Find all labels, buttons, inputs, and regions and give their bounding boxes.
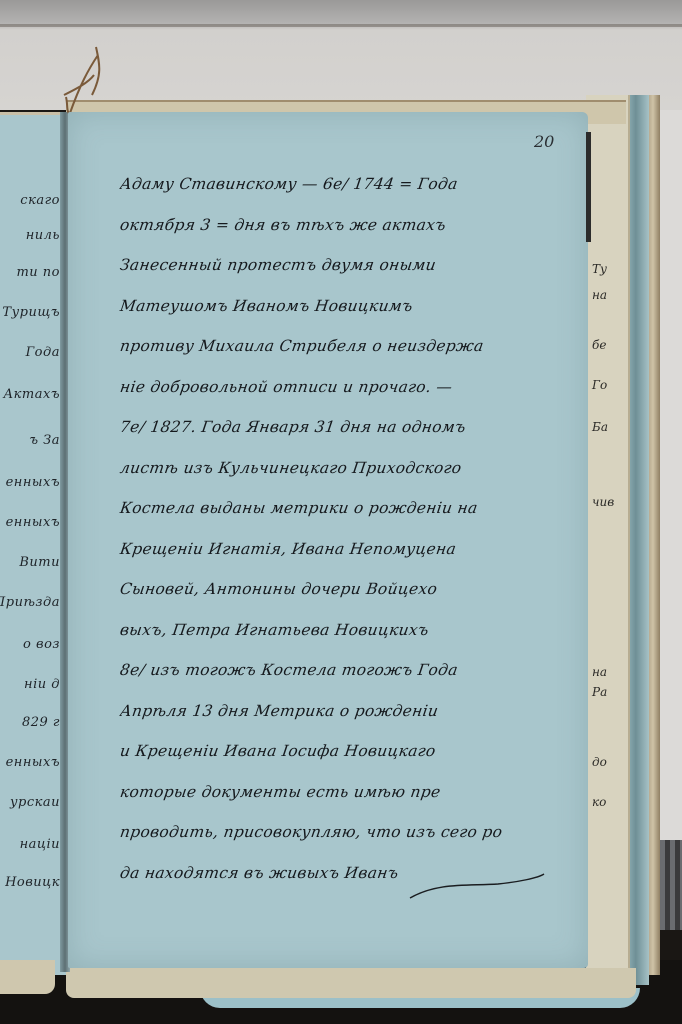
left-page-fragment: Актахъ [3,387,60,402]
stacked-pages-bottom-cream [66,968,636,998]
stacked-pages-edge-blue [627,95,649,985]
left-page-bottom-edge [0,960,55,994]
stacked-pages-edge-cream [586,95,630,975]
left-page-fragment: Вити [19,555,60,570]
text-line: выхъ, Петра Игнатьева Новицкихъ [117,610,593,651]
handwritten-text: Адаму Ставинскому — 6е/ 1744 = Года октя… [120,164,590,893]
edge-fragment: на [592,288,607,302]
text-line: противу Михаила Стрибеля о неиздержа [117,326,593,367]
left-page-fragment: Турищъ [2,305,60,320]
left-page-fragment: ниль [26,228,60,243]
left-page-fragment: о воз [23,637,60,652]
text-line: Крещеніи Игнатія, Ивана Непомуцена [117,529,593,570]
text-line: и Крещеніи Ивана Іосифа Новицкаго [117,731,593,772]
text-line: Занесенный протестъ двумя оными [117,245,593,286]
text-line: листѣ изъ Кульчинецкаго Приходского [117,448,593,489]
text-line: Костела выданы метрики о рожденіи на [117,488,593,529]
text-line: Сыновей, Антонины дочери Войцехо [117,569,593,610]
left-page-fragment: скаго [20,193,60,208]
left-page-fragment: енныхъ [6,475,60,490]
left-page-fragment: енныхъ [6,755,60,770]
edge-fragment: на [592,665,607,679]
closing-flourish [408,872,548,902]
edge-fragment: Ту [592,262,607,276]
binding-string [58,45,108,115]
text-line: 7е/ 1827. Года Января 31 дня на одномъ [117,407,593,448]
edge-fragment: ко [592,795,606,809]
left-page-fragment: енныхъ [6,515,60,530]
left-page: скаго ниль ти по Турищъ Года Актахъ ъ За… [0,112,66,975]
left-page-fragment: урскаи [10,795,60,810]
left-page-fragment: 829 г [22,715,60,730]
text-line: ніе добровольной отписи и прочаго. — [117,367,593,408]
edge-fragment: бе [592,338,606,352]
left-page-fragment: Приѣзда [0,595,60,610]
left-page-fragment: Новицк [5,875,60,890]
text-line: 8е/ изъ тогожъ Костела тогожъ Года [117,650,593,691]
edge-fragment: Ба [592,420,608,434]
text-line: которые документы есть имѣю пре [117,772,593,813]
text-line: октября 3 = дня въ тѣхъ же актахъ [117,205,593,246]
text-line: проводить, присовокупляю, что изъ сего р… [117,812,593,853]
left-page-fragment: ти по [16,265,60,280]
edge-fragment: до [592,755,607,769]
edge-fragment: Ра [592,685,607,699]
left-page-fragment: Года [26,345,60,360]
folio-number: 20 [534,132,554,151]
wall-crack [0,24,682,27]
text-line: Адаму Ставинскому — 6е/ 1744 = Года [117,164,593,205]
left-page-fragment: нацiи [20,837,60,852]
main-page: 20 Адаму Ставинскому — 6е/ 1744 = Года о… [68,112,588,968]
left-page-fragment: ъ За [29,433,60,448]
edge-fragment: чив [592,495,614,509]
edge-fragment: Го [592,378,607,392]
text-line: Матеушомъ Иваномъ Новицкимъ [117,286,593,327]
left-page-fragment: ніи д [24,677,60,692]
text-line: Апрѣля 13 дня Метрика о рожденіи [117,691,593,732]
